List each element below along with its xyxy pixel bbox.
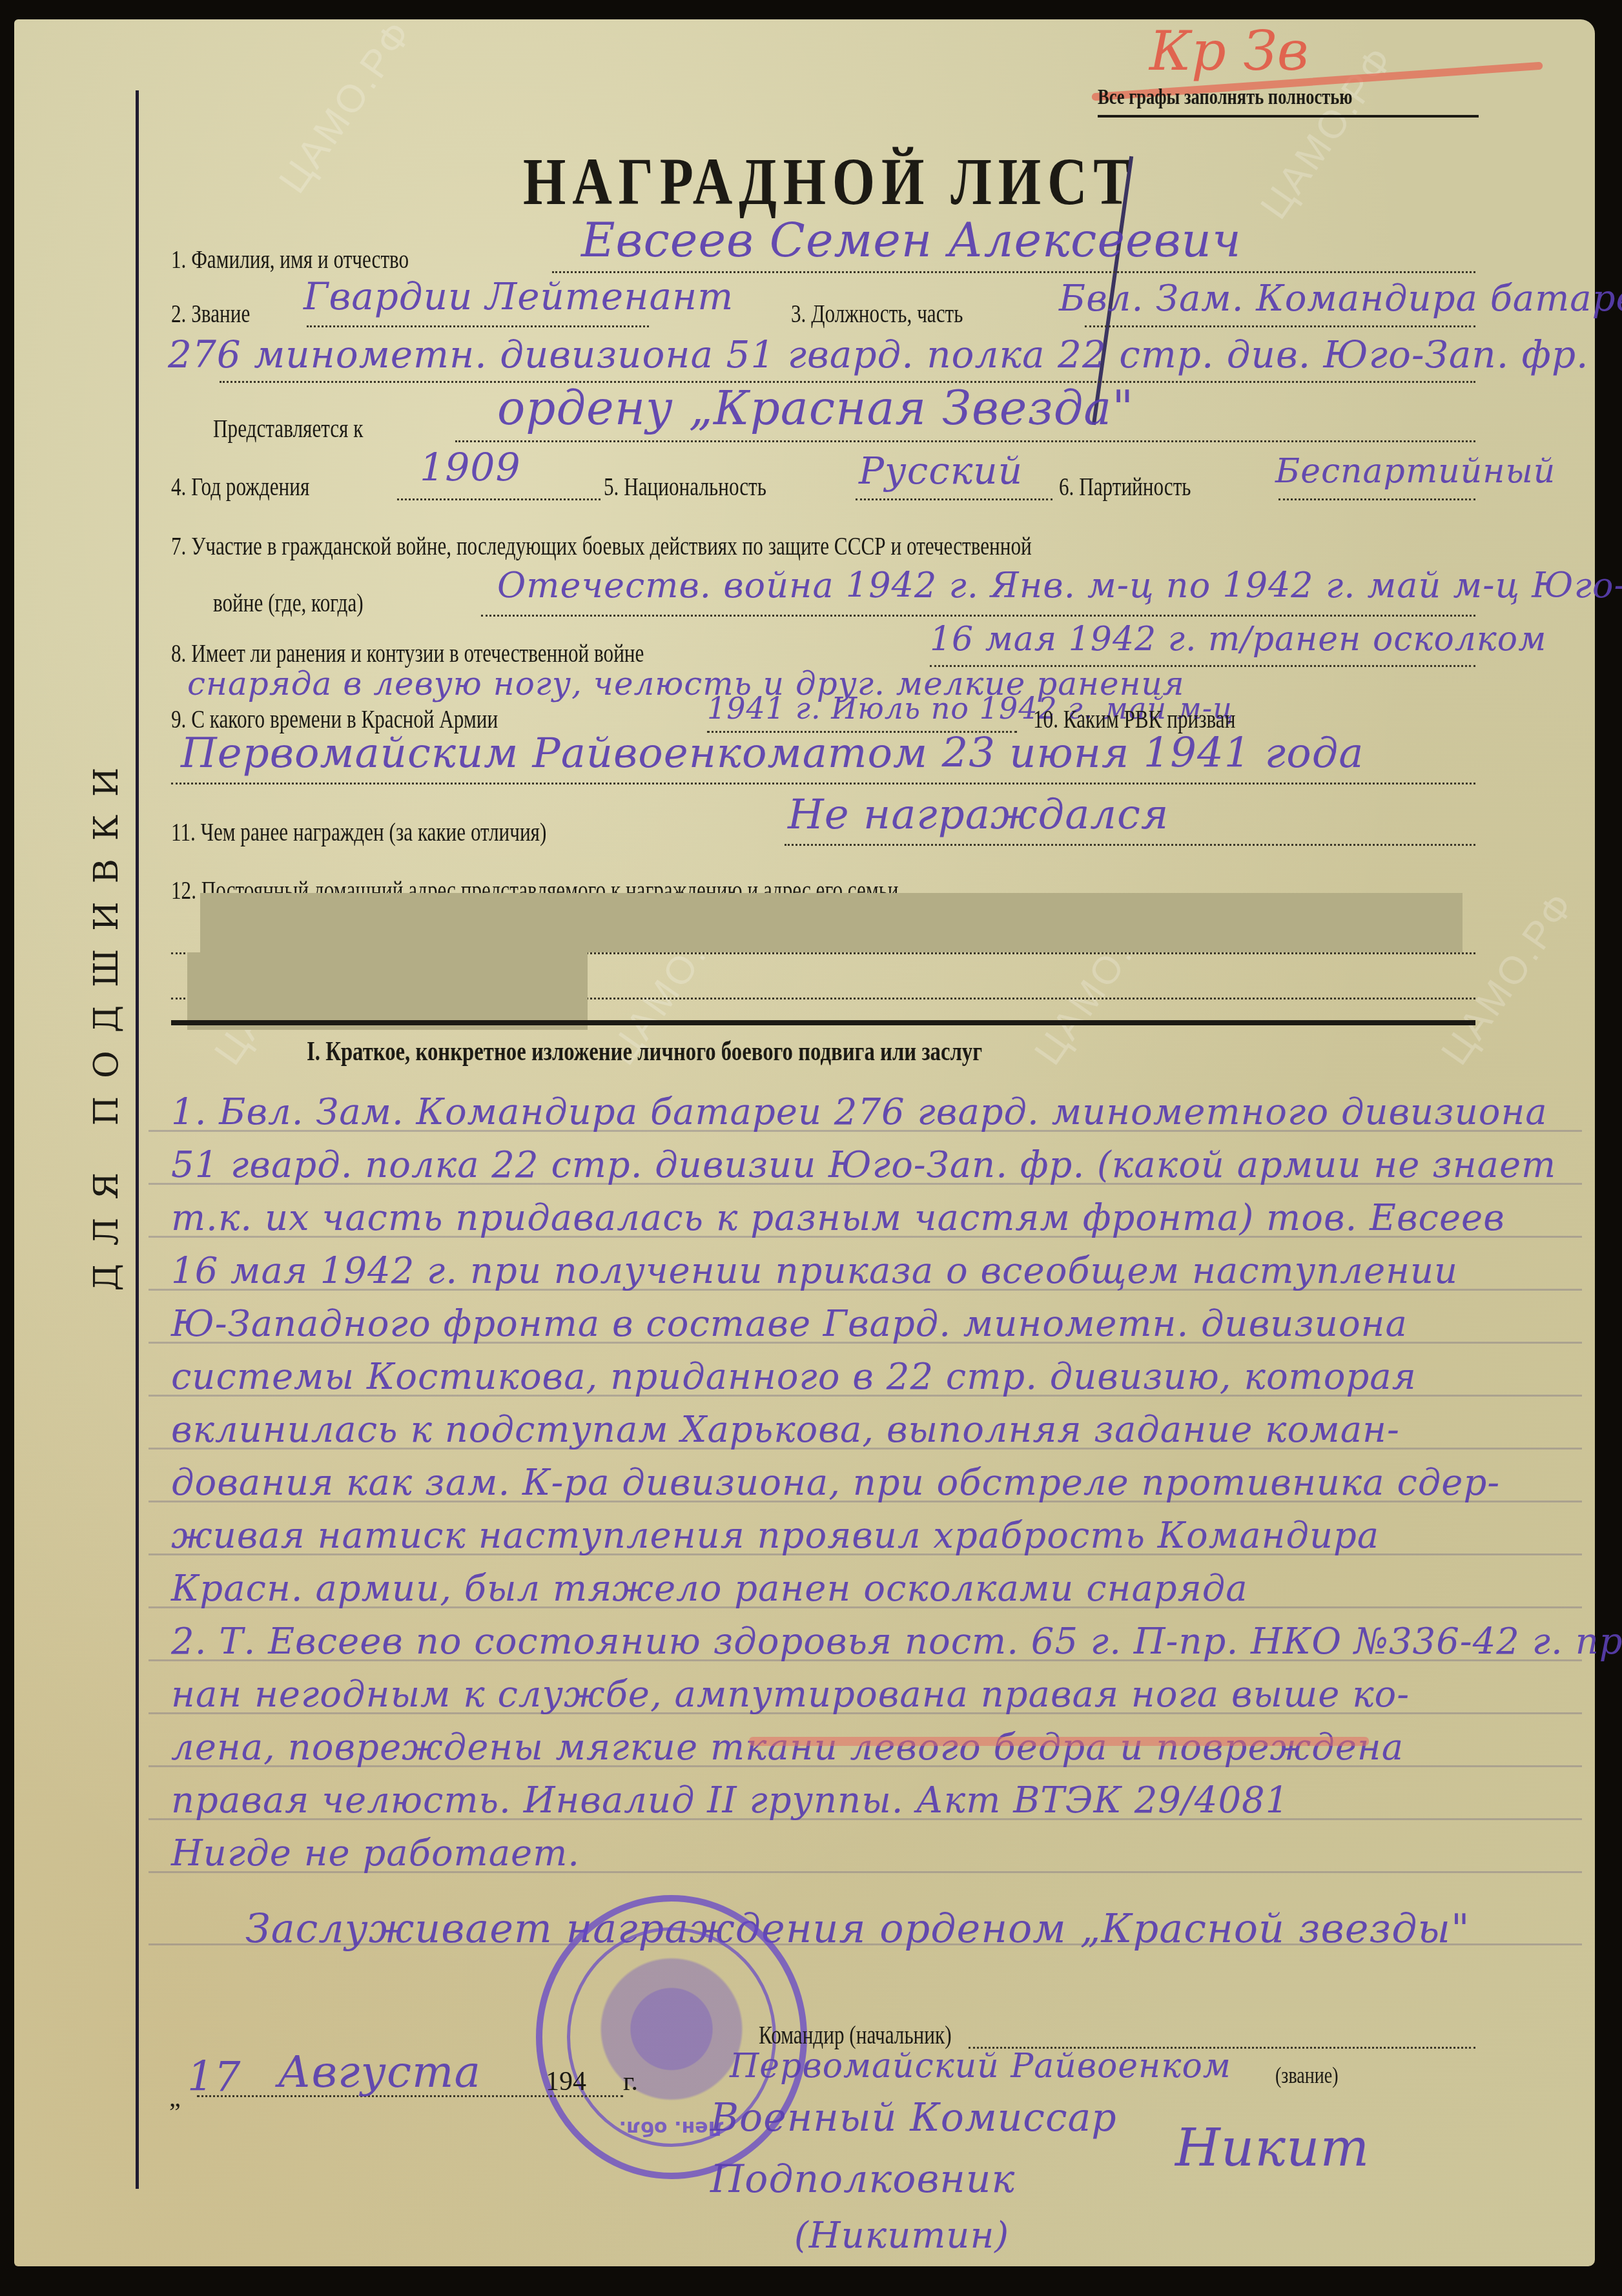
field-6-value: Беспартийный <box>1275 452 1555 491</box>
field-10-line <box>171 783 1475 784</box>
narrative-line: нан негодным к службе, ампутирована прав… <box>171 1674 1410 1716</box>
commander-value: Первомайский Райвоенком <box>730 2047 1231 2086</box>
narrative-line: дования как зам. К-ра дивизиона, при обс… <box>171 1462 1500 1504</box>
narrative-line: системы Костикова, приданного в 22 стр. … <box>171 1356 1417 1398</box>
section-title: I. Краткое, конкретное изложение личного… <box>307 1036 1173 1067</box>
field-7-label: 7. Участие в гражданской войне, последую… <box>171 531 1275 561</box>
field-7-label-cont: войне (где, когда) <box>213 588 406 618</box>
field-8-label: 8. Имеет ли ранения и контузии в отечест… <box>171 638 777 668</box>
field-4-label: 4. Год рождения <box>171 471 349 502</box>
field-1-value: Евсеев Семен Алексеевич <box>581 213 1242 267</box>
field-2-line <box>307 325 649 327</box>
date-month: Августа <box>278 2047 481 2098</box>
instruction-text: Все графы заполнять полностью <box>1098 85 1424 110</box>
redacted-address-block-2 <box>187 952 588 1030</box>
narrative-line: вклинилась к подступам Харькова, выполня… <box>171 1409 1400 1451</box>
field-2-label: 2. Звание <box>171 298 272 329</box>
narrative-line: Заслуживает награждения орденом „Красной… <box>245 1905 1470 1952</box>
field-3-value-cont: 276 минометн. дивизиона 51 гвард. полка … <box>168 333 1588 376</box>
redacted-address-block <box>200 893 1463 952</box>
red-annotation: Кр Зв <box>1149 19 1309 83</box>
narrative-line: 16 мая 1942 г. при получении приказа о в… <box>171 1250 1458 1292</box>
date-day: 17 <box>187 2053 241 2101</box>
field-3-label: 3. Должность, часть <box>791 298 1012 329</box>
narrative-line: живая натиск наступления проявил храброс… <box>171 1515 1379 1557</box>
field-6-label: 6. Партийность <box>1059 471 1228 502</box>
field-3-line <box>1085 325 1475 327</box>
field-10-value: Первомайским Райвоенкоматом 23 июня 1941… <box>181 730 1364 777</box>
award-line <box>455 440 1475 442</box>
date-quote-open: „ <box>169 2082 181 2113</box>
field-2-value: Гвардии Лейтенант <box>303 274 734 318</box>
field-5-line <box>856 498 1052 500</box>
field-11-label: 11. Чем ранее награжден (за какие отличи… <box>171 817 652 847</box>
field-11-line <box>785 844 1475 846</box>
narrative-line: 2. Т. Евсеев по состоянию здоровья пост.… <box>171 1621 1622 1663</box>
narrative-line: 1. Бвл. Зам. Командира батареи 276 гвард… <box>171 1091 1548 1133</box>
field-11-value: Не награждался <box>788 791 1169 839</box>
narrative-line: Нигде не работает. <box>171 1832 580 1874</box>
narrative-line: т.к. их часть придавалась к разным частя… <box>171 1197 1505 1239</box>
field-5-label: 5. Национальность <box>604 471 812 502</box>
field-6-line <box>1278 498 1475 500</box>
award-value: ордену „Красная Звезда" <box>497 381 1134 435</box>
binding-label: ДЛЯ ПОДШИВКИ <box>87 665 126 1375</box>
field-1-line <box>552 271 1475 273</box>
field-7-value: Отечеств. война 1942 г. Янв. м-ц по 1942… <box>497 565 1622 606</box>
state-emblem-icon <box>597 1956 746 2118</box>
date-year-prefix: 194 <box>546 2066 586 2097</box>
red-pencil-underline <box>749 1737 1369 1746</box>
date-year-suffix: г. <box>623 2066 638 2097</box>
narrative-line: Красн. армии, был тяжело ранен осколками… <box>171 1568 1248 1610</box>
field-5-value: Русский <box>859 449 1023 493</box>
narrative-line: правая челюсть. Инвалид II группы. Акт В… <box>171 1779 1289 1821</box>
field-4-line <box>397 498 601 500</box>
commander-label: Командир (начальник) <box>759 2020 1006 2050</box>
commissar-rank: Подполковник <box>710 2157 1015 2202</box>
commissar-name: (Никитин) <box>794 2215 1009 2257</box>
commissar-title: Военный Комиссар <box>710 2095 1117 2140</box>
rank-label: (звание) <box>1275 2062 1356 2089</box>
field-7-line <box>481 615 1475 617</box>
narrative-line: Ю-Западного фронта в составе Гвард. мино… <box>171 1303 1408 1345</box>
narrative-line: лена, повреждены мягкие ткани левого бед… <box>171 1727 1404 1768</box>
narrative-line: 51 гвард. полка 22 стр. дивизии Юго-Зап.… <box>171 1144 1556 1186</box>
section-divider <box>171 1020 1475 1025</box>
field-8-value: 16 мая 1942 г. т/ранен осколком <box>930 620 1546 659</box>
field-3-value: Бвл. Зам. Командира батареи <box>1059 278 1622 320</box>
binding-margin-line <box>136 90 139 2189</box>
page-title: НАГРАДНОЙ ЛИСТ <box>523 143 1271 220</box>
field-1-label: 1. Фамилия, имя и отчество <box>171 244 476 274</box>
commissar-signature: Никит <box>1175 2118 1370 2178</box>
field-4-value: 1909 <box>420 446 521 491</box>
award-label: Представляется к <box>213 413 406 444</box>
instruction-underline <box>1098 115 1479 118</box>
